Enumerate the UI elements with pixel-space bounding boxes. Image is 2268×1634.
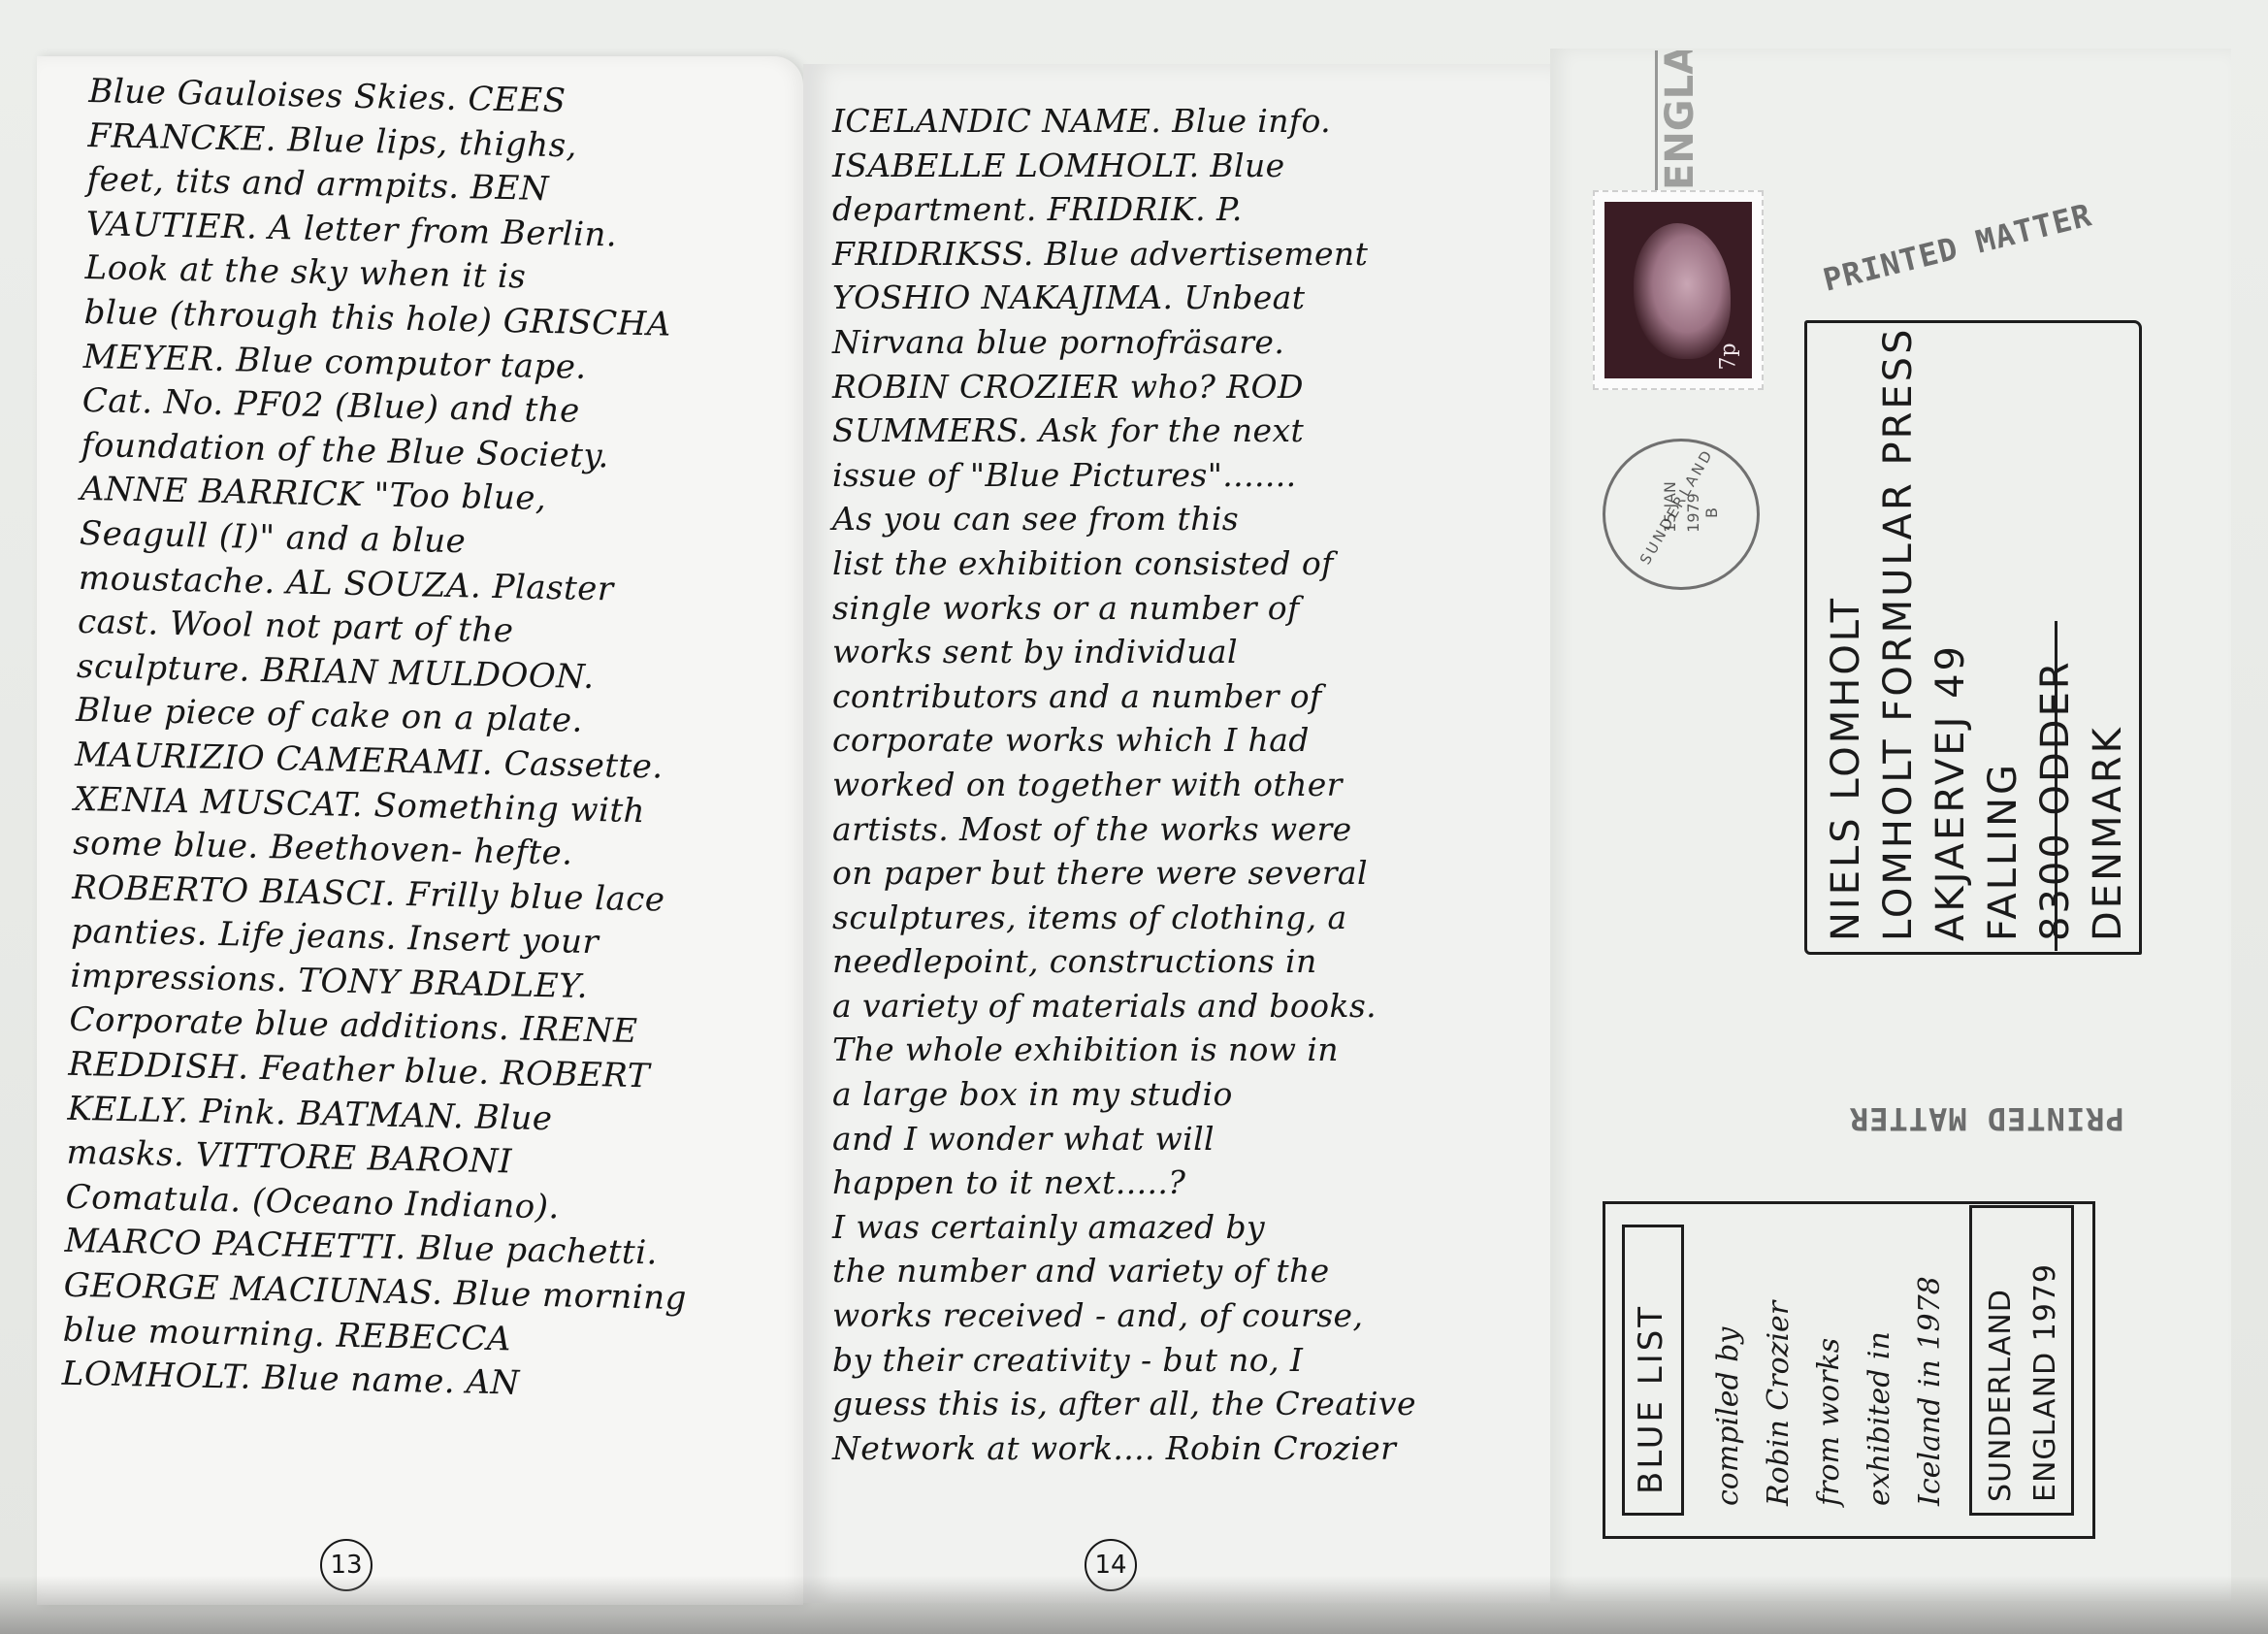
text-line: FRIDRIKSS. Blue advertisement	[832, 232, 1416, 277]
text-line: a variety of materials and books.	[832, 984, 1416, 1029]
recipient-address: NIELS LOMHOLT LOMHOLT FORMULAR PRESS AKJ…	[1820, 327, 2134, 941]
text-line: happen to it next.....?	[832, 1160, 1416, 1205]
text-line: works received - and, of course,	[832, 1293, 1416, 1338]
text-line: ROBIN CROZIER who? ROD	[832, 365, 1416, 409]
colophon-place: SUNDERLAND ENGLAND 1979	[1979, 1263, 2068, 1502]
text-line: artists. Most of the works were	[832, 807, 1416, 852]
text-line: I was certainly amazed by	[832, 1205, 1416, 1250]
text-line: by their creativity - but no, I	[832, 1338, 1416, 1383]
address-line: NIELS LOMHOLT	[1820, 327, 1872, 941]
address-line: FALLING	[1977, 327, 2029, 941]
text-line: and I wonder what will	[832, 1117, 1416, 1161]
text-line: The whole exhibition is now in	[832, 1028, 1416, 1072]
page-14-text: ICELANDIC NAME. Blue info. ISABELLE LOMH…	[832, 99, 1416, 1470]
queen-head-icon	[1634, 223, 1731, 359]
address-line: DENMARK	[2082, 327, 2134, 941]
text-line: works sent by individual	[832, 630, 1416, 674]
colophon-line: Iceland in 1978	[1905, 1276, 1956, 1506]
colophon-title: BLUE LIST	[1632, 1304, 1670, 1494]
text-line: single works or a number of	[832, 586, 1416, 631]
colophon-line: exhibited in	[1855, 1276, 1905, 1506]
text-line: the number and variety of the	[832, 1249, 1416, 1293]
colophon-line: from works	[1804, 1276, 1855, 1506]
text-line: worked on together with other	[832, 763, 1416, 807]
printed-matter-stamp-inverted: PRINTED MATTER	[1849, 1100, 2124, 1137]
text-line: guess this is, after all, the Creative	[832, 1382, 1416, 1426]
colophon-lines: compiled by Robin Crozier from works exh…	[1703, 1276, 1956, 1506]
text-line: a large box in my studio	[832, 1072, 1416, 1117]
postmark-date: 15 JAN	[1661, 481, 1679, 533]
stamp-portrait-icon: 7p	[1604, 202, 1752, 378]
colophon-place-line: SUNDERLAND	[1979, 1263, 2024, 1502]
colophon-line: Robin Crozier	[1754, 1276, 1804, 1506]
text-line: Nirvana blue pornofräsare.	[832, 320, 1416, 365]
address-line: 8300 ODDER	[2029, 327, 2082, 941]
text-line: YOSHIO NAKAJIMA. Unbeat	[832, 276, 1416, 320]
page-13-text: Blue Gauloises Skies. CEES FRANCKE. Blue…	[61, 70, 712, 1410]
stamp-value: 7p	[1716, 343, 1740, 370]
postmark: SUNDERLAND 15 JAN 1979 B	[1603, 439, 1760, 590]
text-line: on paper but there were several	[832, 851, 1416, 896]
text-line: issue of "Blue Pictures".......	[832, 453, 1416, 498]
text-line: contributors and a number of	[832, 674, 1416, 719]
text-line: As you can see from this	[832, 497, 1416, 541]
text-line: Network at work.... Robin Crozier	[832, 1426, 1416, 1471]
postage-stamp: 7p	[1593, 190, 1764, 390]
text-line: ISABELLE LOMHOLT. Blue	[832, 144, 1416, 188]
colophon-place-line: ENGLAND 1979	[2024, 1263, 2068, 1502]
address-line: LOMHOLT FORMULAR PRESS	[1872, 327, 1925, 941]
slogan-cancellation: ENGLAND	[1655, 50, 1751, 190]
text-line: sculptures, items of clothing, a	[832, 896, 1416, 940]
table-shadow	[0, 1576, 2268, 1634]
postmark-code: B	[1702, 507, 1721, 518]
colophon-line: compiled by	[1703, 1276, 1754, 1506]
text-line: ICELANDIC NAME. Blue info.	[832, 99, 1416, 144]
postmark-year: 1979	[1684, 493, 1702, 533]
text-line: department. FRIDRIK. P.	[832, 187, 1416, 232]
address-line: AKJAERVEJ 49	[1925, 327, 1977, 941]
text-line: needlepoint, constructions in	[832, 939, 1416, 984]
text-line: list the exhibition consisted of	[832, 541, 1416, 586]
text-line: corporate works which I had	[832, 718, 1416, 763]
text-line: SUMMERS. Ask for the next	[832, 408, 1416, 453]
